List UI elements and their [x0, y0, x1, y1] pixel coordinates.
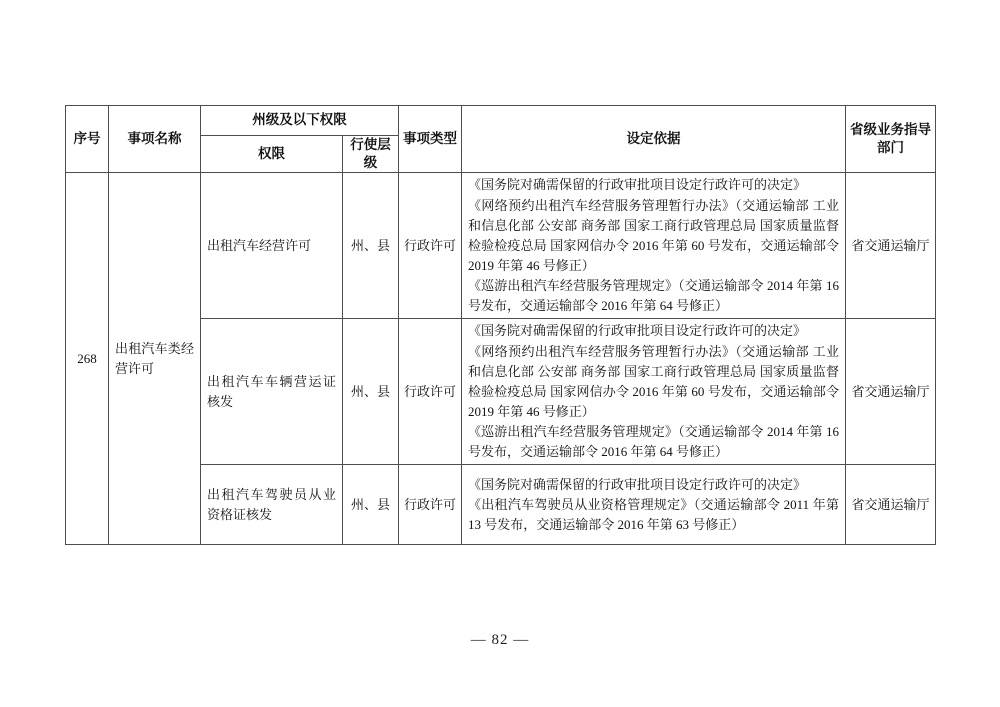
cell-exercise-level: 州、县	[343, 173, 399, 319]
cell-provincial-dept: 省交通运输厅	[846, 319, 936, 465]
cell-basis: 《国务院对确需保留的行政审批项目设定行政许可的决定》 《出租汽车驾驶员从业资格管…	[462, 465, 846, 545]
basis-paragraph: 《巡游出租汽车经营服务管理规定》（交通运输部令 2014 年第 16 号发布，交…	[468, 276, 839, 316]
basis-paragraph: 《网络预约出租汽车经营服务管理暂行办法》（交通运输部 工业和信息化部 公安部 商…	[468, 342, 839, 423]
cell-authority: 出租汽车车辆营运证核发	[201, 319, 343, 465]
basis-paragraph: 《国务院对确需保留的行政审批项目设定行政许可的决定》	[468, 175, 839, 195]
cell-exercise-level: 州、县	[343, 319, 399, 465]
cell-item-name: 出租汽车类经营许可	[109, 173, 201, 545]
cell-item-type: 行政许可	[399, 465, 462, 545]
basis-paragraph: 《国务院对确需保留的行政审批项目设定行政许可的决定》	[468, 475, 839, 495]
basis-paragraph: 《出租汽车驾驶员从业资格管理规定》（交通运输部令 2011 年第 13 号发布，…	[468, 495, 839, 535]
header-prefecture-authority-group: 州级及以下权限	[201, 106, 399, 136]
cell-serial: 268	[66, 173, 109, 545]
header-item-name: 事项名称	[109, 106, 201, 173]
authority-items-table: 序号 事项名称 州级及以下权限 事项类型 设定依据 省级业务指导部门 权限 行使…	[65, 105, 936, 545]
cell-provincial-dept: 省交通运输厅	[846, 173, 936, 319]
cell-authority: 出租汽车经营许可	[201, 173, 343, 319]
header-serial: 序号	[66, 106, 109, 173]
header-provincial-dept: 省级业务指导部门	[846, 106, 936, 173]
cell-exercise-level: 州、县	[343, 465, 399, 545]
header-basis: 设定依据	[462, 106, 846, 173]
header-exercise-level: 行使层级	[343, 136, 399, 173]
cell-item-type: 行政许可	[399, 173, 462, 319]
cell-provincial-dept: 省交通运输厅	[846, 465, 936, 545]
table-row: 268 出租汽车类经营许可 出租汽车经营许可 州、县 行政许可 《国务院对确需保…	[66, 173, 936, 319]
header-item-type: 事项类型	[399, 106, 462, 173]
page-number: — 82 —	[0, 632, 1000, 649]
basis-paragraph: 《国务院对确需保留的行政审批项目设定行政许可的决定》	[468, 321, 839, 341]
header-authority: 权限	[201, 136, 343, 173]
basis-paragraph: 《网络预约出租汽车经营服务管理暂行办法》（交通运输部 工业和信息化部 公安部 商…	[468, 196, 839, 277]
cell-authority: 出租汽车驾驶员从业资格证核发	[201, 465, 343, 545]
basis-paragraph: 《巡游出租汽车经营服务管理规定》（交通运输部令 2014 年第 16 号发布，交…	[468, 422, 839, 462]
document-page: 序号 事项名称 州级及以下权限 事项类型 设定依据 省级业务指导部门 权限 行使…	[0, 0, 1000, 707]
cell-basis: 《国务院对确需保留的行政审批项目设定行政许可的决定》 《网络预约出租汽车经营服务…	[462, 173, 846, 319]
cell-item-type: 行政许可	[399, 319, 462, 465]
cell-basis: 《国务院对确需保留的行政审批项目设定行政许可的决定》 《网络预约出租汽车经营服务…	[462, 319, 846, 465]
